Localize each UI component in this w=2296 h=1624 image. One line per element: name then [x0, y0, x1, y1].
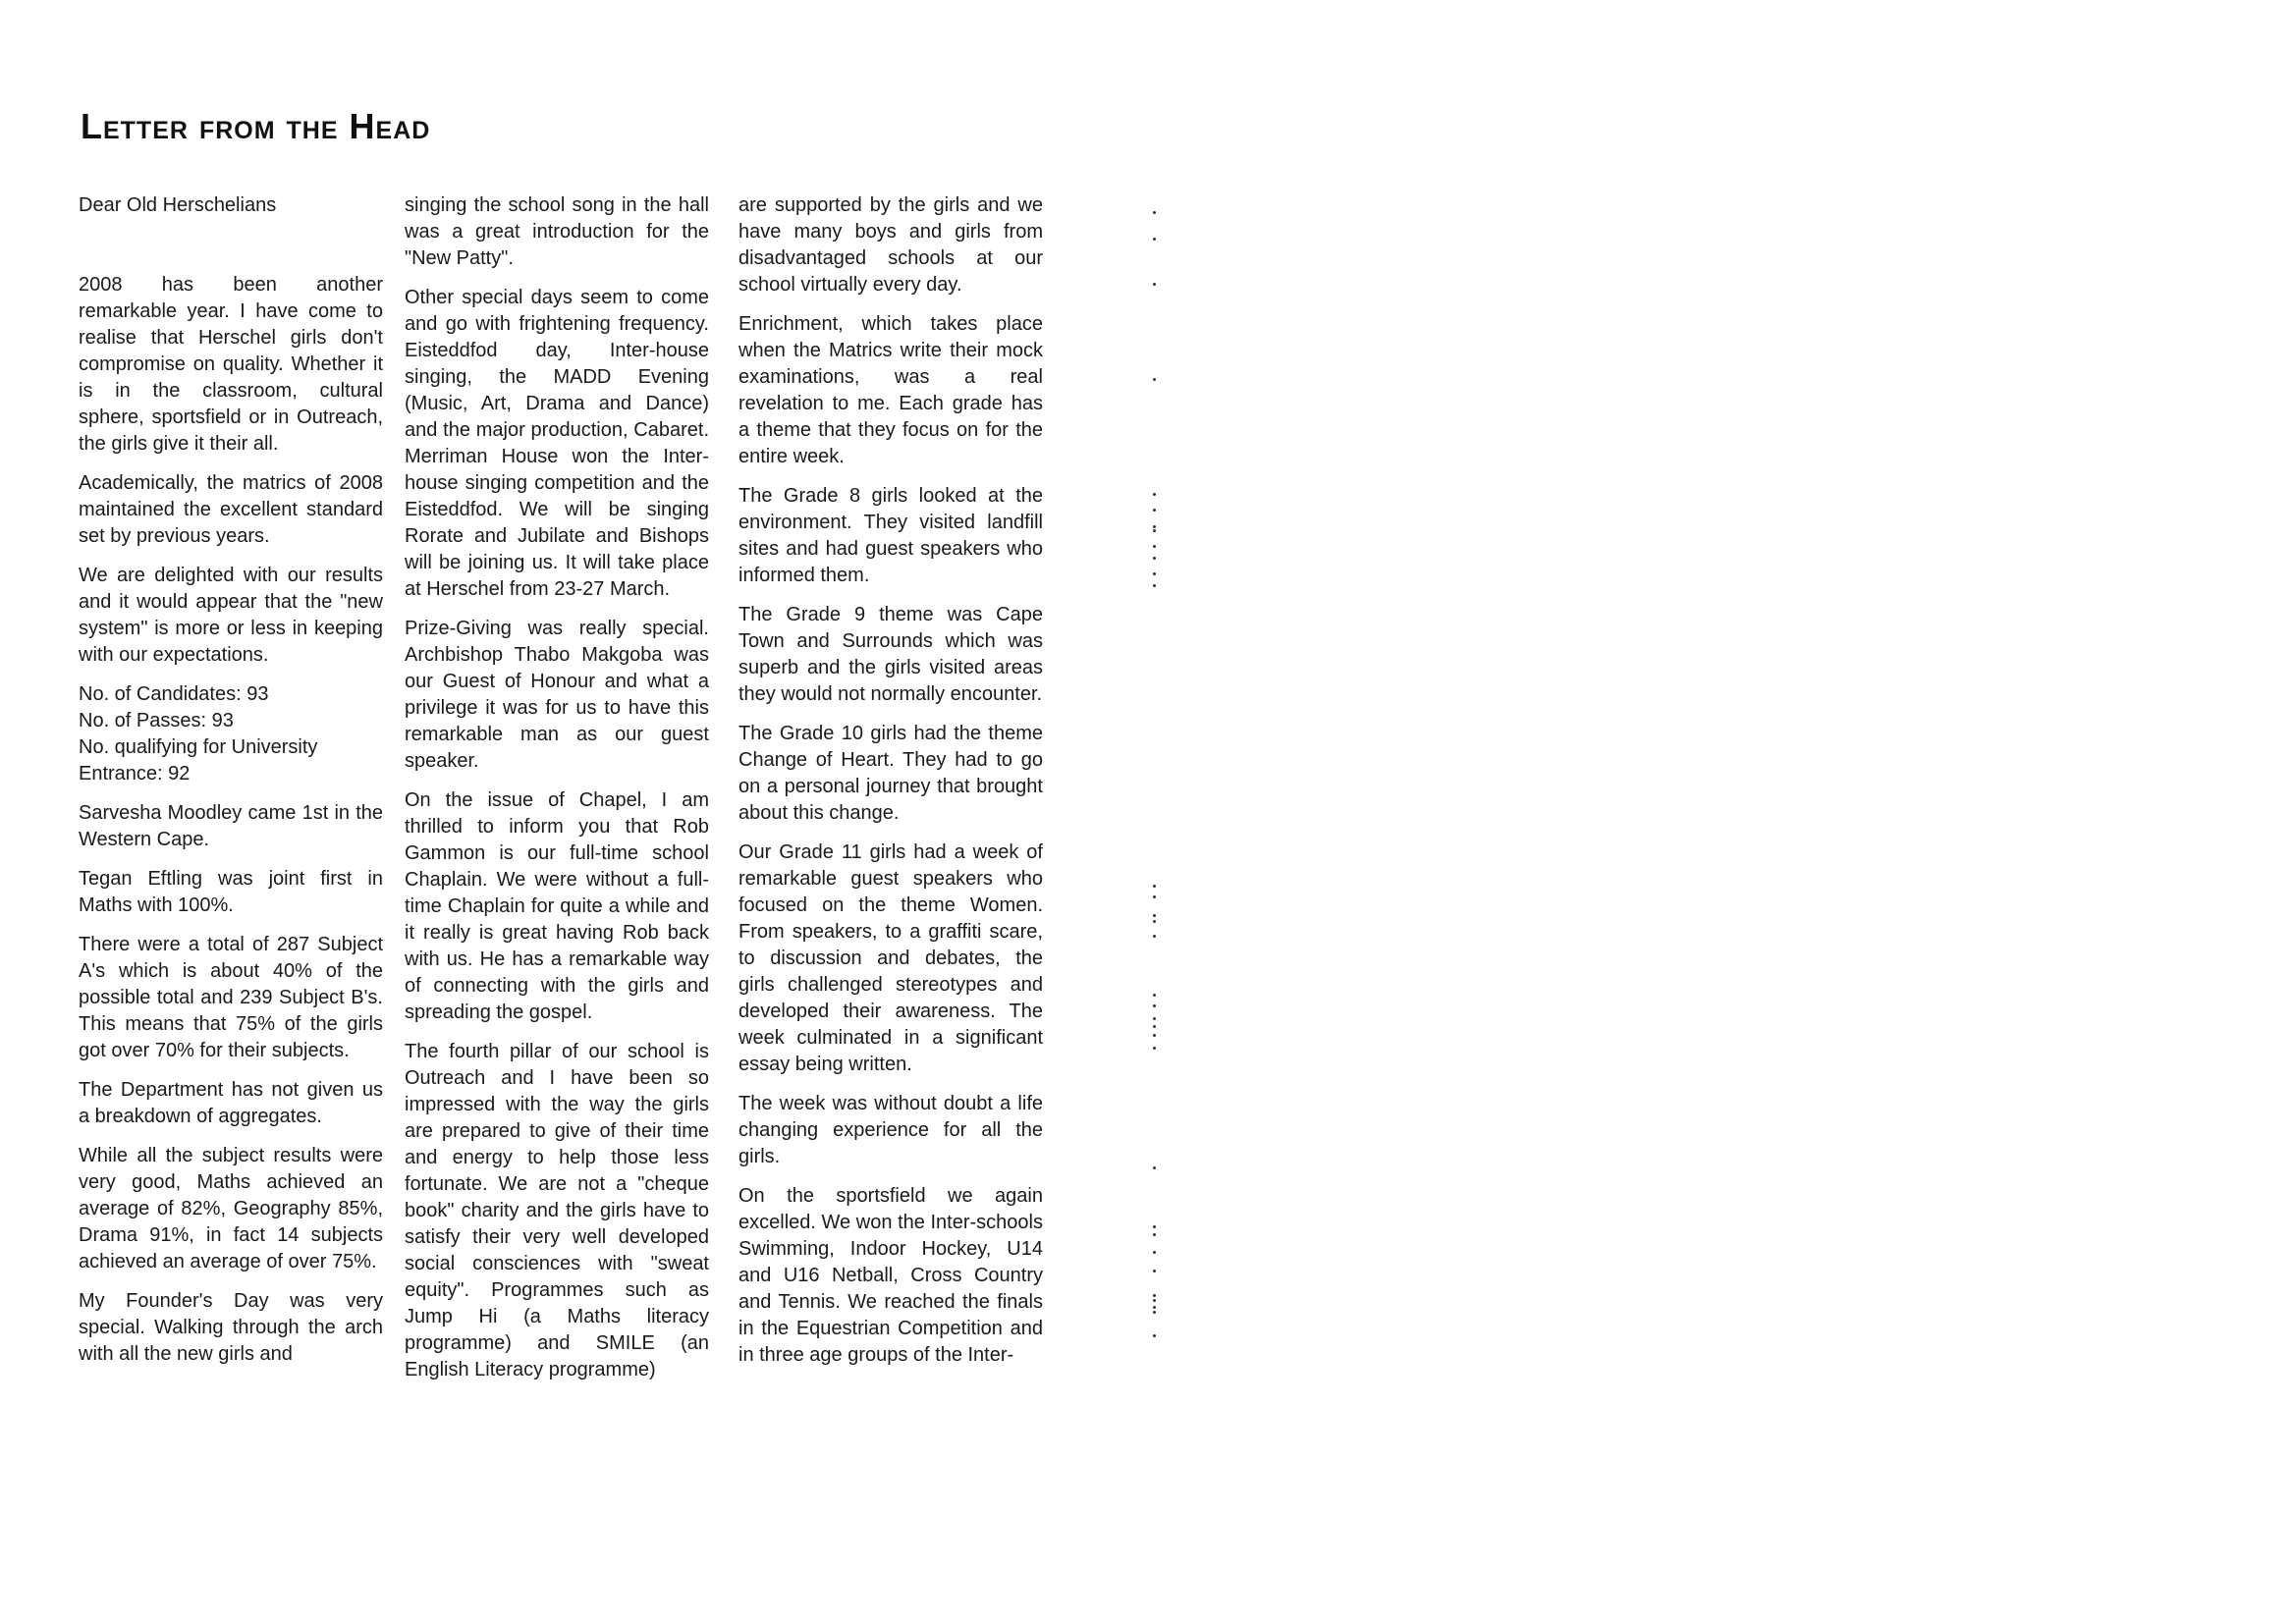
- dot-mark: [1153, 493, 1156, 496]
- dot-mark: [1153, 914, 1156, 917]
- paragraph: My Founder's Day was very special. Walki…: [79, 1288, 383, 1368]
- stat-university-entrance: No. qualifying for University Entrance: …: [79, 734, 383, 787]
- paragraph: On the sportsfield we again excelled. We…: [738, 1183, 1043, 1369]
- dot-mark: [1153, 1166, 1156, 1169]
- page-edge-artifacts: [1149, 0, 1169, 1624]
- paragraph: We are delighted with our results and it…: [79, 563, 383, 669]
- page-title: Letter from the Head: [81, 106, 430, 147]
- stat-candidates: No. of Candidates: 93: [79, 681, 383, 708]
- dot-mark: [1153, 238, 1156, 241]
- paragraph: The fourth pillar of our school is Outre…: [405, 1039, 709, 1383]
- dot-mark: [1153, 994, 1156, 997]
- paragraph: The Grade 9 theme was Cape Town and Surr…: [738, 602, 1043, 708]
- paragraph: Prize-Giving was really special. Archbis…: [405, 616, 709, 775]
- text-column-3: are supported by the girls and we have m…: [738, 192, 1043, 1381]
- dot-mark: [1153, 1299, 1156, 1302]
- paragraph: Tegan Eftling was joint first in Maths w…: [79, 866, 383, 919]
- dot-mark: [1153, 283, 1156, 286]
- dot-mark: [1153, 1251, 1156, 1254]
- dot-mark: [1153, 1233, 1156, 1236]
- paragraph: The Department has not given us a breakd…: [79, 1077, 383, 1130]
- paragraph: The week was without doubt a life changi…: [738, 1091, 1043, 1170]
- document-page: Letter from the Head Dear Old Herschelia…: [0, 0, 2296, 1624]
- dot-mark: [1153, 920, 1156, 923]
- paragraph: Academically, the matrics of 2008 mainta…: [79, 470, 383, 550]
- paragraph: On the issue of Chapel, I am thrilled to…: [405, 787, 709, 1026]
- paragraph: singing the school song in the hall was …: [405, 192, 709, 272]
- dot-mark: [1153, 584, 1156, 587]
- paragraph: The Grade 10 girls had the theme Change …: [738, 721, 1043, 827]
- paragraph: are supported by the girls and we have m…: [738, 192, 1043, 298]
- stat-passes: No. of Passes: 93: [79, 708, 383, 734]
- dot-mark: [1153, 545, 1156, 548]
- paragraph: Enrichment, which takes place when the M…: [738, 311, 1043, 470]
- paragraph: 2008 has been another remarkable year. I…: [79, 272, 383, 458]
- paragraph: Sarvesha Moodley came 1st in the Western…: [79, 800, 383, 853]
- dot-mark: [1153, 1294, 1156, 1297]
- paragraph: While all the subject results were very …: [79, 1143, 383, 1275]
- dot-mark: [1153, 895, 1156, 898]
- dot-mark: [1153, 1025, 1156, 1028]
- dot-mark: [1153, 1047, 1156, 1050]
- dot-mark: [1153, 211, 1156, 214]
- dot-mark: [1153, 509, 1156, 512]
- dot-mark: [1153, 572, 1156, 575]
- dot-mark: [1153, 1004, 1156, 1007]
- salutation: Dear Old Herschelians: [79, 192, 383, 219]
- dot-mark: [1153, 1034, 1156, 1037]
- dot-mark: [1153, 557, 1156, 560]
- paragraph: There were a total of 287 Subject A's wh…: [79, 932, 383, 1064]
- paragraph: Other special days seem to come and go w…: [405, 285, 709, 603]
- dot-mark: [1153, 1017, 1156, 1020]
- paragraph: Our Grade 11 girls had a week of remarka…: [738, 839, 1043, 1078]
- dot-mark: [1153, 529, 1156, 532]
- dot-mark: [1153, 1306, 1156, 1309]
- dot-mark: [1153, 885, 1156, 888]
- dot-mark: [1153, 378, 1156, 381]
- dot-mark: [1153, 1311, 1156, 1314]
- dot-mark: [1153, 935, 1156, 938]
- dot-mark: [1153, 525, 1156, 528]
- dot-mark: [1153, 1334, 1156, 1337]
- results-stats: No. of Candidates: 93 No. of Passes: 93 …: [79, 681, 383, 787]
- text-column-2: singing the school song in the hall was …: [405, 192, 709, 1396]
- dot-mark: [1153, 1225, 1156, 1228]
- paragraph: The Grade 8 girls looked at the environm…: [738, 483, 1043, 589]
- text-column-1: Dear Old Herschelians 2008 has been anot…: [79, 192, 383, 1380]
- dot-mark: [1153, 1270, 1156, 1272]
